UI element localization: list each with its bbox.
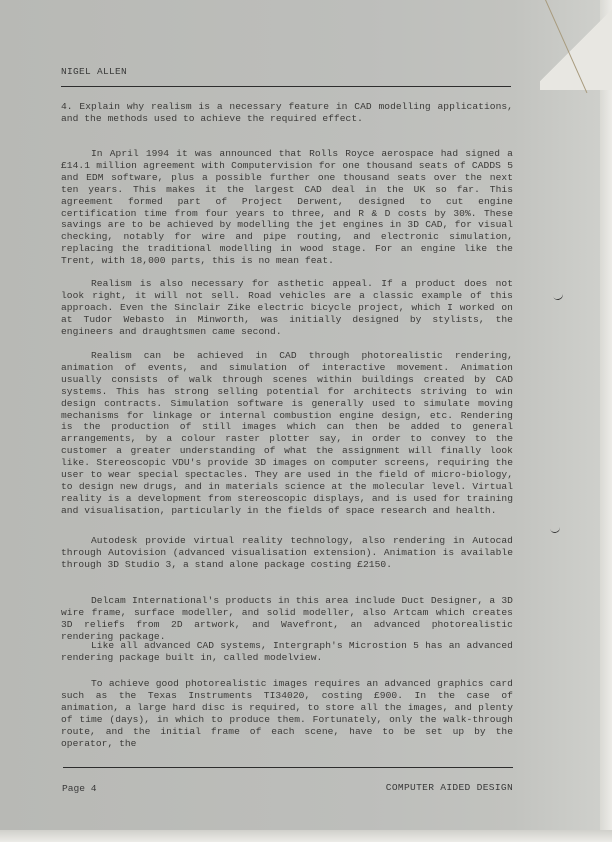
paragraph-realism-methods: Realism can be achieved in CAD through p… (61, 350, 513, 517)
header-author: NIGEL ALLEN (61, 66, 127, 77)
footer-page-number: Page 4 (62, 783, 97, 794)
page-bottom-edge (0, 830, 612, 842)
header-rule (61, 86, 511, 87)
paragraph-asthetic-appeal: Realism is also necessary for asthetic a… (61, 278, 513, 338)
footer-title: COMPUTER AIDED DESIGN (386, 782, 513, 793)
paragraph-delcam: Delcam International's products in this … (61, 595, 513, 643)
question-text: 4. Explain why realism is a necessary fe… (61, 101, 513, 125)
page-edge (600, 0, 612, 842)
footer-rule (63, 767, 513, 768)
paragraph-intergraph: Like all advanced CAD systems, Intergrap… (61, 640, 513, 664)
paragraph-graphics-card: To achieve good photorealistic images re… (61, 678, 513, 749)
paragraph-rolls-royce: In April 1994 it was announced that Roll… (61, 148, 513, 267)
paragraph-autodesk: Autodesk provide virtual reality technol… (61, 535, 513, 571)
